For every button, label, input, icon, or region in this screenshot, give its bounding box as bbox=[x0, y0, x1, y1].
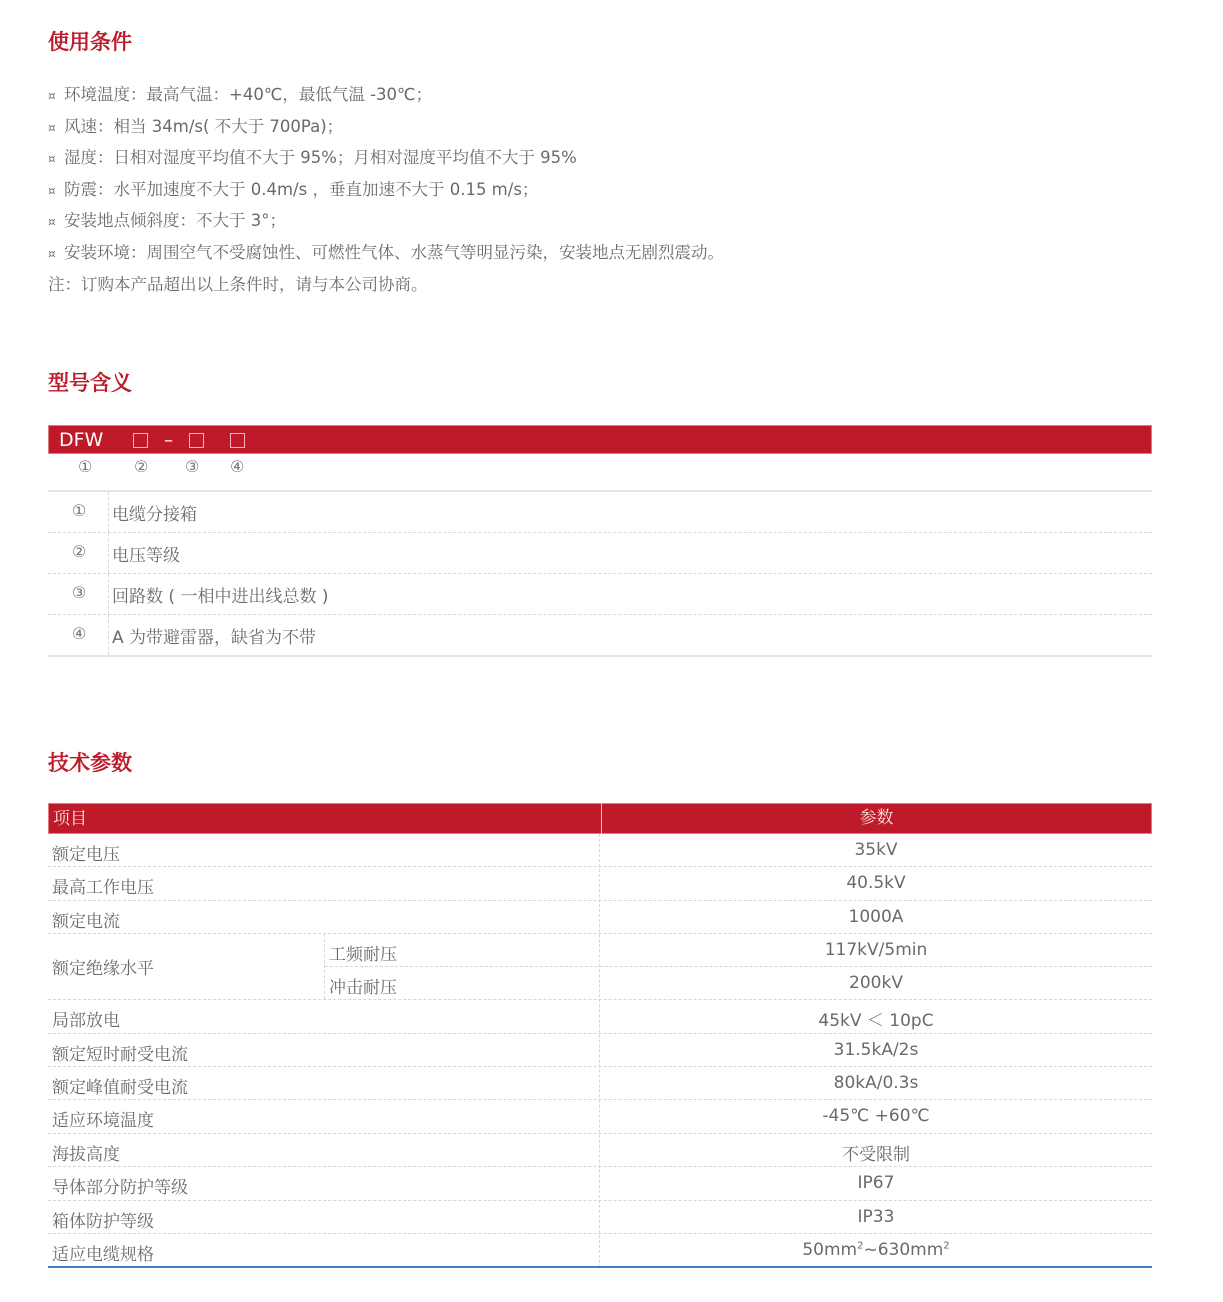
table-row: ② 电压等级 bbox=[48, 533, 1152, 574]
sub-label: 冲击耐压 bbox=[329, 973, 397, 998]
row-description: A 为带避雷器，缺省为不带 bbox=[112, 623, 316, 648]
model-code-bar: DFW – bbox=[48, 425, 1152, 454]
column-divider bbox=[108, 533, 109, 573]
condition-text: 防震：水平加速度不大于 0.4m/s ，垂直加速不大于 0.15 m/s； bbox=[64, 180, 538, 199]
row-description: 电缆分接箱 bbox=[112, 500, 197, 525]
row-number: ③ bbox=[66, 583, 92, 602]
row-description: 电压等级 bbox=[112, 541, 180, 566]
condition-text: 风速：相当 34m/s( 不大于 700Pa)； bbox=[64, 117, 343, 136]
cable-min: 50mm bbox=[802, 1240, 857, 1260]
row-number: ① bbox=[66, 501, 92, 520]
param-value: 80kA/0.3s bbox=[600, 1073, 1152, 1093]
bullet-icon: ¤ bbox=[48, 145, 64, 175]
condition-item: ¤湿度：日相对湿度平均值不大于 95%；月相对湿度平均值不大于 95% bbox=[48, 143, 724, 175]
param-label: 海拔高度 bbox=[52, 1140, 120, 1165]
table-row: ③ 回路数 ( 一相中进出线总数 ) bbox=[48, 574, 1152, 615]
column-divider bbox=[108, 615, 109, 655]
param-label: 额定峰值耐受电流 bbox=[52, 1073, 188, 1098]
param-value: IP33 bbox=[600, 1207, 1152, 1227]
condition-text: 环境温度：最高气温：+40℃，最低气温 -30℃； bbox=[64, 85, 432, 104]
param-value: 35kV bbox=[600, 840, 1152, 860]
bullet-icon: ¤ bbox=[48, 177, 64, 207]
bullet-icon: ¤ bbox=[48, 208, 64, 238]
section-title-tech: 技术参数 bbox=[48, 747, 132, 777]
superscript: 2 bbox=[943, 1240, 949, 1251]
param-value-cable-spec: 50mm2~630mm2 bbox=[600, 1240, 1152, 1260]
param-label: 局部放电 bbox=[52, 1006, 120, 1031]
param-value: IP67 bbox=[600, 1173, 1152, 1193]
row-description: 回路数 ( 一相中进出线总数 ) bbox=[112, 582, 328, 607]
param-label: 额定短时耐受电流 bbox=[52, 1040, 188, 1065]
marker-4: ④ bbox=[230, 457, 244, 476]
condition-item: ¤防震：水平加速度不大于 0.4m/s ，垂直加速不大于 0.15 m/s； bbox=[48, 175, 724, 207]
model-meaning-table: ① 电缆分接箱 ② 电压等级 ③ 回路数 ( 一相中进出线总数 ) ④ A 为带… bbox=[48, 490, 1152, 657]
model-dash: – bbox=[164, 426, 173, 455]
marker-3: ③ bbox=[185, 457, 199, 476]
bullet-icon: ¤ bbox=[48, 114, 64, 144]
table-row: ① 电缆分接箱 bbox=[48, 492, 1152, 533]
table-row: 额定峰值耐受电流 80kA/0.3s bbox=[48, 1067, 1152, 1100]
table-row-group: 额定绝缘水平 工频耐压 117kV/5min 冲击耐压 200kV bbox=[48, 934, 1152, 1000]
table-header: 项目 参数 bbox=[48, 803, 1152, 834]
cable-max: ~630mm bbox=[863, 1240, 943, 1260]
sub-row: 工频耐压 117kV/5min bbox=[325, 934, 1152, 967]
table-row: 适应环境温度 -45℃ +60℃ bbox=[48, 1100, 1152, 1133]
column-divider bbox=[108, 574, 109, 614]
placeholder-box-icon bbox=[189, 433, 204, 448]
param-label: 额定电压 bbox=[52, 840, 120, 865]
model-code: DFW bbox=[59, 426, 103, 455]
param-value: 40.5kV bbox=[600, 873, 1152, 893]
param-value: 不受限制 bbox=[600, 1140, 1152, 1165]
placeholder-box-icon bbox=[133, 433, 148, 448]
table-row: 额定电流 1000A bbox=[48, 901, 1152, 934]
table-row: 箱体防护等级 IP33 bbox=[48, 1201, 1152, 1234]
bullet-icon: ¤ bbox=[48, 82, 64, 112]
marker-2: ② bbox=[134, 457, 148, 476]
table-row: ④ A 为带避雷器，缺省为不带 bbox=[48, 615, 1152, 657]
marker-1: ① bbox=[78, 457, 92, 476]
bullet-icon: ¤ bbox=[48, 240, 64, 270]
table-row: 局部放电 45kV ＜ 10pC bbox=[48, 1000, 1152, 1033]
condition-item: ¤安装地点倾斜度：不大于 3°； bbox=[48, 206, 724, 238]
placeholder-box-icon bbox=[230, 433, 245, 448]
param-value: -45℃ +60℃ bbox=[600, 1106, 1152, 1126]
param-value: 45kV ＜ 10pC bbox=[600, 1006, 1152, 1031]
table-row: 海拔高度 不受限制 bbox=[48, 1134, 1152, 1167]
condition-item: ¤环境温度：最高气温：+40℃，最低气温 -30℃； bbox=[48, 80, 724, 112]
param-value: 1000A bbox=[600, 907, 1152, 927]
header-item: 项目 bbox=[53, 804, 87, 835]
condition-text: 安装地点倾斜度：不大于 3°； bbox=[64, 211, 286, 230]
table-row: 额定电压 35kV bbox=[48, 834, 1152, 867]
sub-label: 工频耐压 bbox=[329, 940, 397, 965]
param-label: 额定绝缘水平 bbox=[52, 954, 154, 979]
condition-text: 湿度：日相对湿度平均值不大于 95%；月相对湿度平均值不大于 95% bbox=[64, 148, 577, 167]
table-row: 导体部分防护等级 IP67 bbox=[48, 1167, 1152, 1200]
param-label: 最高工作电压 bbox=[52, 873, 154, 898]
param-label: 箱体防护等级 bbox=[52, 1207, 154, 1232]
tech-params-table: 项目 参数 额定电压 35kV 最高工作电压 40.5kV 额定电流 1000A… bbox=[48, 803, 1152, 1268]
row-number: ② bbox=[66, 542, 92, 561]
condition-item: ¤安装环境：周围空气不受腐蚀性、可燃性气体、水蒸气等明显污染，安装地点无剧烈震动… bbox=[48, 238, 724, 270]
condition-text: 安装环境：周围空气不受腐蚀性、可燃性气体、水蒸气等明显污染，安装地点无剧烈震动。 bbox=[64, 243, 724, 262]
sub-row: 冲击耐压 200kV bbox=[325, 967, 1152, 999]
param-label: 额定电流 bbox=[52, 907, 120, 932]
model-markers: ① ② ③ ④ bbox=[48, 457, 348, 481]
param-value: 31.5kA/2s bbox=[600, 1040, 1152, 1060]
table-row: 适应电缆规格 50mm2~630mm2 bbox=[48, 1234, 1152, 1268]
header-param: 参数 bbox=[601, 803, 1151, 834]
param-value: 117kV/5min bbox=[600, 940, 1152, 960]
condition-item: ¤风速：相当 34m/s( 不大于 700Pa)； bbox=[48, 112, 724, 144]
column-divider bbox=[108, 492, 109, 532]
param-label: 适应环境温度 bbox=[52, 1106, 154, 1131]
table-row: 最高工作电压 40.5kV bbox=[48, 867, 1152, 900]
param-label: 适应电缆规格 bbox=[52, 1240, 154, 1265]
section-title-model: 型号含义 bbox=[48, 367, 132, 397]
param-label: 导体部分防护等级 bbox=[52, 1173, 188, 1198]
table-row: 额定短时耐受电流 31.5kA/2s bbox=[48, 1034, 1152, 1067]
condition-note: 注：订购本产品超出以上条件时，请与本公司协商。 bbox=[48, 270, 724, 300]
row-number: ④ bbox=[66, 624, 92, 643]
conditions-list: ¤环境温度：最高气温：+40℃，最低气温 -30℃； ¤风速：相当 34m/s(… bbox=[48, 80, 724, 299]
param-value: 200kV bbox=[600, 973, 1152, 993]
section-title-conditions: 使用条件 bbox=[48, 26, 132, 56]
